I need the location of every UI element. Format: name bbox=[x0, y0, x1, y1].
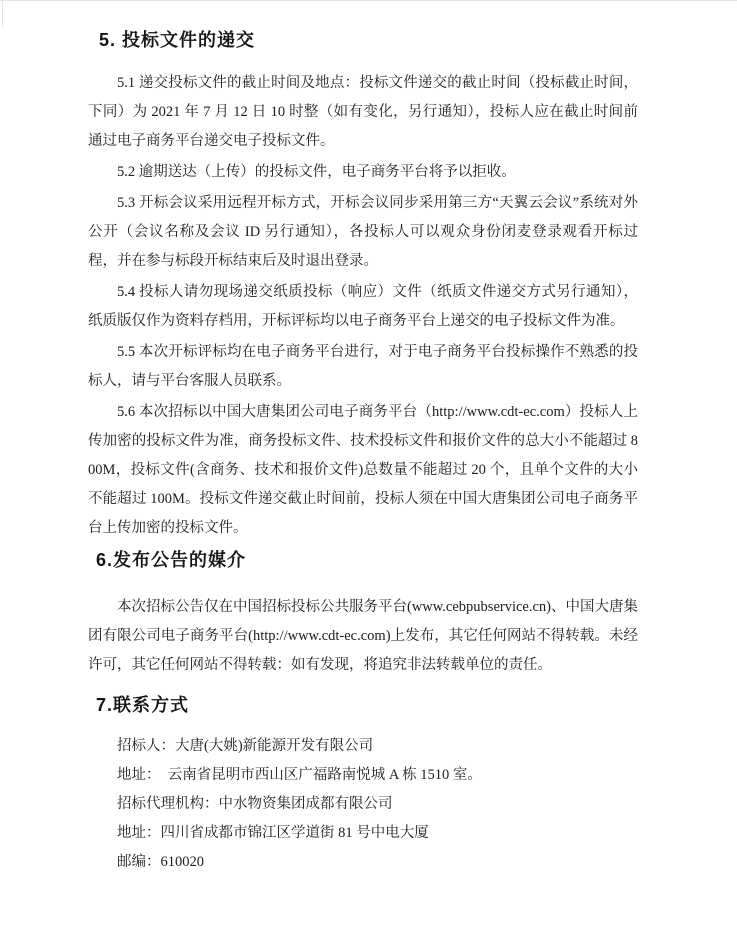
section-6-heading: 6.发布公告的媒介 bbox=[88, 547, 638, 573]
contact-line-agency: 招标代理机构：中水物资集团成都有限公司 bbox=[117, 790, 638, 819]
contact-line-bidder-address: 地址： 云南省昆明市西山区广福路南悦城 A 栋 1510 室。 bbox=[117, 761, 638, 790]
contact-line-agency-address: 地址：四川省成都市锦江区学道街 81 号中电大厦 bbox=[117, 819, 638, 848]
clause-5-3: 5.3 开标会议采用远程开标方式，开标会议同步采用第三方“天翼云会议”系统对外公… bbox=[88, 189, 638, 276]
clause-5-2: 5.2 逾期送达（上传）的投标文件，电子商务平台将予以拒收。 bbox=[88, 158, 638, 187]
clause-5-5: 5.5 本次开标评标均在电子商务平台进行，对于电子商务平台投标操作不熟悉的投标人… bbox=[88, 338, 638, 396]
contact-line-postcode: 邮编：610020 bbox=[117, 848, 638, 877]
clause-5-1: 5.1 递交投标文件的截止时间及地点：投标文件递交的截止时间（投标截止时间，下同… bbox=[88, 69, 638, 156]
page-edge-line bbox=[2, 1, 3, 27]
section-5-heading: 5. 投标文件的递交 bbox=[88, 27, 638, 53]
contact-line-bidder: 招标人：大唐(大姚)新能源开发有限公司 bbox=[117, 732, 638, 761]
clause-5-6: 5.6 本次招标以中国大唐集团公司电子商务平台（http://www.cdt-e… bbox=[88, 398, 638, 543]
section-6-paragraph: 本次招标公告仅在中国招标投标公共服务平台(www.cebpubservice.c… bbox=[88, 593, 638, 680]
document-page: 5. 投标文件的递交 5.1 递交投标文件的截止时间及地点：投标文件递交的截止时… bbox=[0, 0, 737, 946]
clause-5-4: 5.4 投标人请勿现场递交纸质投标（响应）文件（纸质文件递交方式另行通知），纸质… bbox=[88, 278, 638, 336]
section-7-heading: 7.联系方式 bbox=[88, 692, 638, 718]
